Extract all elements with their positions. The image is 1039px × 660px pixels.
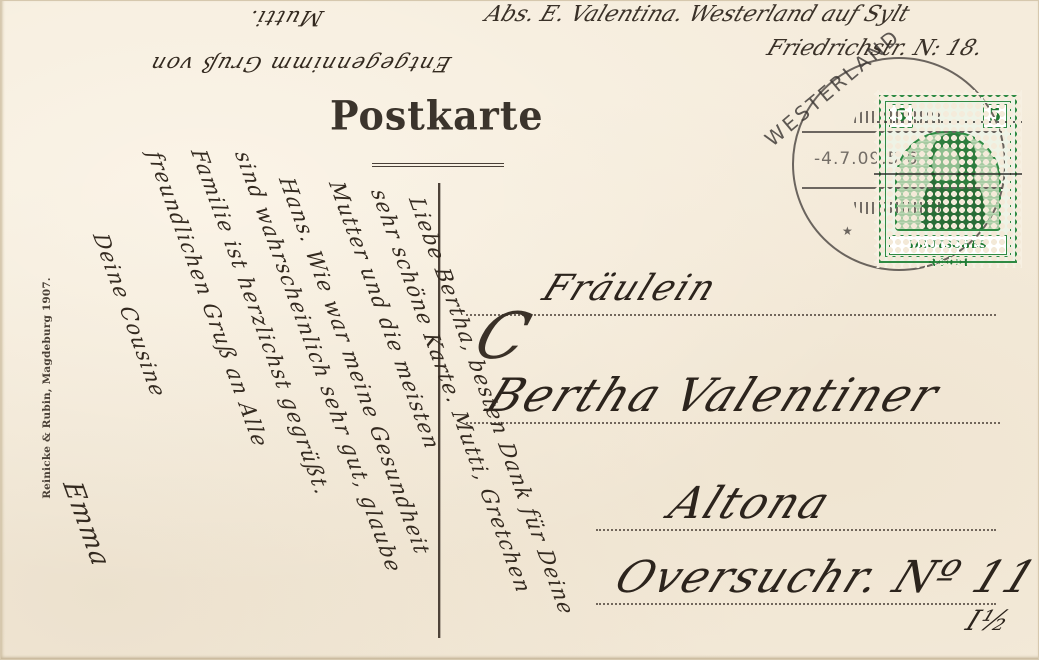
address-salutation: Fräulein — [537, 268, 724, 309]
germania-portrait-icon — [895, 131, 1001, 231]
postage-stamp: 5 5 DEUTSCHES REICH — [874, 90, 1022, 268]
stamp-value-left: 5 — [889, 104, 913, 128]
sender-name-line: Abs. E. Valentina. Westerland auf Sylt — [481, 2, 912, 27]
printer-imprint: Reinicke & Rubin, Magdeburg 1907. — [41, 277, 53, 499]
postcard-title: Postkarte — [330, 92, 544, 139]
address-line-3 — [596, 529, 996, 531]
message-upside-down-line-1: Mutti. — [244, 6, 326, 30]
stamp-value-right: 5 — [983, 104, 1007, 128]
message-line-8: Deine Cousine — [88, 232, 172, 399]
message-signature: Emma — [56, 480, 117, 569]
message-upside-down-line-2: Entgegennimm Gruß von — [146, 52, 454, 76]
stamp-body: 5 5 DEUTSCHES REICH — [879, 95, 1017, 263]
address-line-4 — [596, 603, 996, 605]
address-unit: I½ — [961, 604, 1017, 637]
address-line-1 — [466, 314, 996, 316]
address-street: Oversuchr. Nº 11 — [608, 552, 1039, 603]
address-city: Altona — [662, 478, 839, 529]
postcard: Postkarte Reinicke & Rubin, Magdeburg 19… — [0, 0, 1039, 660]
postmark-star-icon: ★ — [842, 224, 853, 238]
address-recipient-name: Bertha Valentiner — [479, 368, 948, 422]
stamp-country-label: DEUTSCHES REICH — [889, 235, 1007, 255]
title-underline — [372, 163, 504, 167]
address-line-2 — [466, 422, 1000, 424]
